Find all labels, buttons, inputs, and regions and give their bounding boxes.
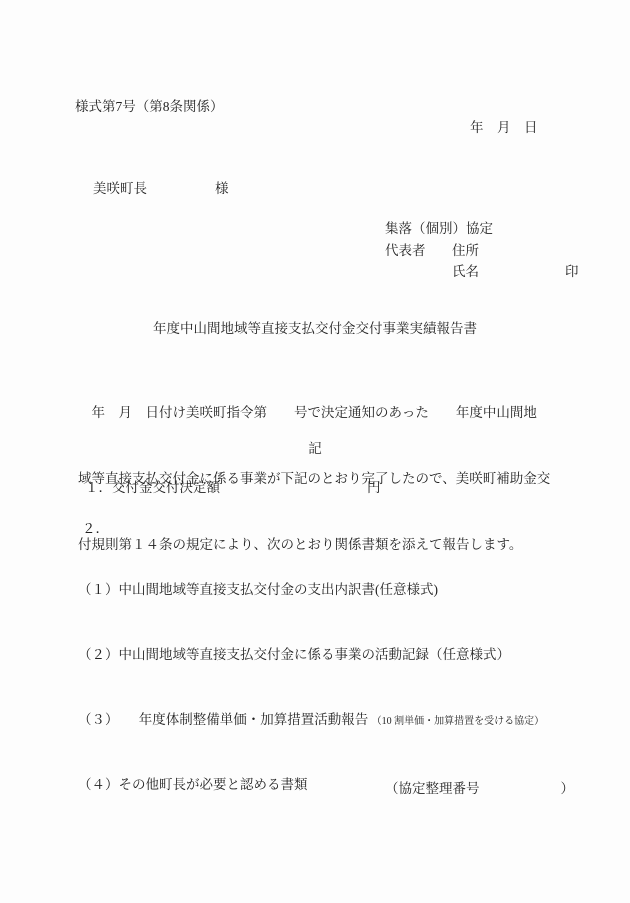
subitem-2: （２）中山間地域等直接支払交付金に係る事業の活動記録（任意様式） xyxy=(78,644,544,667)
signature-agreement-line: 集落（個別）協定 xyxy=(385,217,493,237)
signature-representative-label: 代表者 xyxy=(385,239,426,259)
item2-label: ２． xyxy=(82,517,109,537)
subitem-2-text: （２）中山間地域等直接支払交付金に係る事業の活動記録（任意様式） xyxy=(78,647,510,662)
item1-unit: 円 xyxy=(367,476,381,496)
addressee-name: 美咲町長 xyxy=(93,177,147,197)
subitem-3-note: （10 割単価・加算措置を受ける協定） xyxy=(372,716,545,727)
footer-agreement-number: （協定整理番号 ） xyxy=(385,777,574,797)
seal-mark: 印 xyxy=(565,260,579,280)
subitem-1-text: （１）中山間地域等直接支払交付金の支出内訳書(任意様式) xyxy=(78,582,438,597)
document-title: 年度中山間地域等直接支払交付金交付事業実績報告書 xyxy=(0,317,630,337)
subitem-1: （１）中山間地域等直接支払交付金の支出内訳書(任意様式) xyxy=(78,579,544,602)
subitem-3: （３） 年度体制整備単価・加算措置活動報告 （10 割単価・加算措置を受ける協定… xyxy=(78,709,544,732)
subitem-3-text: （３） 年度体制整備単価・加算措置活動報告 xyxy=(78,712,372,727)
addressee-honorific: 様 xyxy=(215,177,229,197)
date-line: 年 月 日 xyxy=(470,116,538,136)
body-line-1: 年 月 日付け美咲町指令第 号で決定通知のあった 年度中山間地 xyxy=(78,402,550,424)
form-number: 様式第7号（第8条関係） xyxy=(75,95,224,115)
subitem-4-text: （４）その他町長が必要と認める書類 xyxy=(78,777,308,792)
item1-label: １．交付金交付決定額 xyxy=(85,476,220,496)
record-marker: 記 xyxy=(0,437,630,457)
signature-address-label: 住所 xyxy=(452,239,479,259)
signature-name-label: 氏名 xyxy=(452,260,479,280)
document-page: 様式第7号（第8条関係） 年 月 日 美咲町長 様 集落（個別）協定 代表者 住… xyxy=(0,0,630,903)
